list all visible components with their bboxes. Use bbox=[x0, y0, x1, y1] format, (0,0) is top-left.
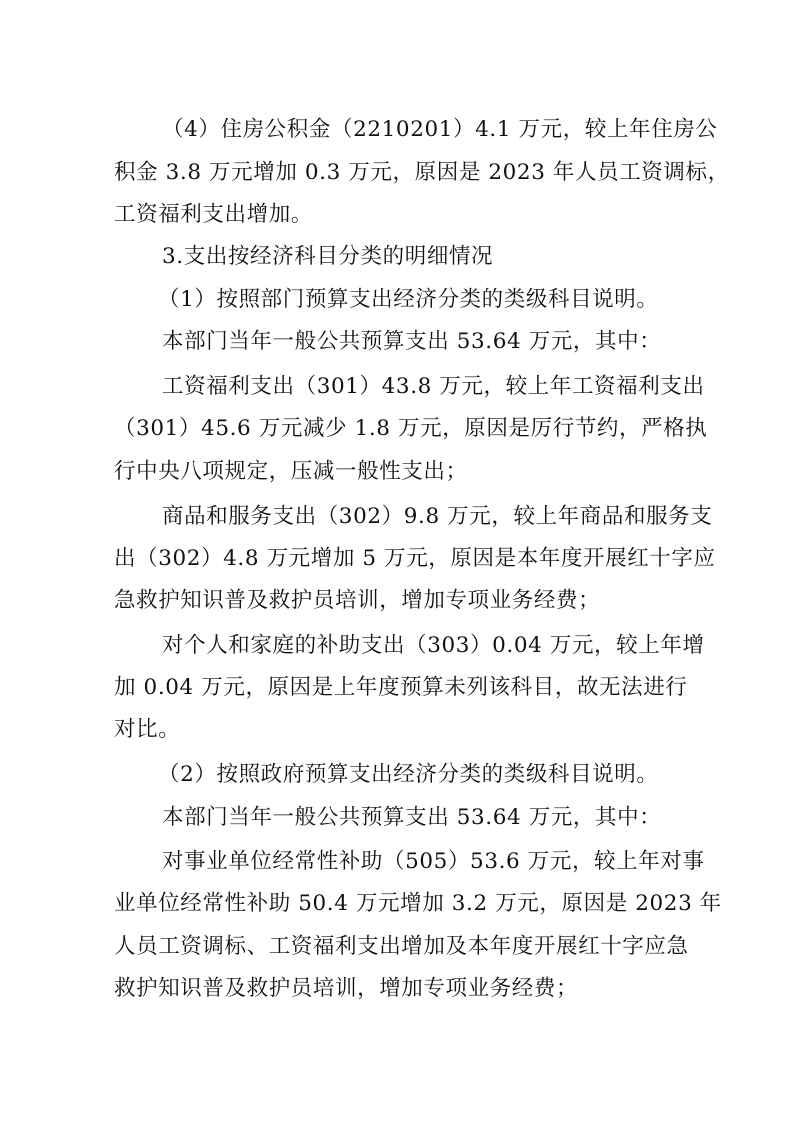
paragraph-wages-line-3: 行中央八项规定，压减一般性支出； bbox=[114, 458, 684, 486]
paragraph-housing-fund-line-2: 积金 3.8 万元增加 0.3 万元，原因是 2023 年人员工资调标， bbox=[114, 159, 684, 187]
paragraph-household-subsidy-line-1: 对个人和家庭的补助支出（303）0.04 万元，较上年增 bbox=[162, 632, 684, 660]
paragraph-wages-line-2: （301）45.6 万元减少 1.8 万元，原因是厉行节约，严格执 bbox=[114, 415, 684, 443]
dept-budget-total-1: 本部门当年一般公共预算支出 53.64 万元，其中： bbox=[162, 328, 684, 356]
subsection-heading-2: （2）按照政府预算支出经济分类的类级科目说明。 bbox=[158, 761, 728, 789]
paragraph-goods-services-line-1: 商品和服务支出（302）9.8 万元，较上年商品和服务支 bbox=[162, 503, 684, 531]
paragraph-housing-fund-line-3: 工资福利支出增加。 bbox=[114, 201, 684, 229]
dept-budget-total-2: 本部门当年一般公共预算支出 53.64 万元，其中： bbox=[162, 804, 684, 832]
paragraph-household-subsidy-line-2: 加 0.04 万元，原因是上年度预算未列该科目，故无法进行 bbox=[114, 674, 684, 702]
paragraph-institution-subsidy-line-2: 业单位经常性补助 50.4 万元增加 3.2 万元，原因是 2023 年 bbox=[114, 890, 684, 918]
paragraph-household-subsidy-line-3: 对比。 bbox=[114, 716, 684, 744]
subsection-heading-1: （1）按照部门预算支出经济分类的类级科目说明。 bbox=[158, 286, 728, 314]
paragraph-institution-subsidy-line-3: 人员工资调标、工资福利支出增加及本年度开展红十字应急 bbox=[114, 933, 684, 961]
document-page: （4）住房公积金（2210201）4.1 万元，较上年住房公 积金 3.8 万元… bbox=[0, 0, 793, 1122]
section-heading-3: 3.支出按经济科目分类的明细情况 bbox=[162, 243, 684, 271]
paragraph-institution-subsidy-line-4: 救护知识普及救护员培训，增加专项业务经费； bbox=[114, 975, 684, 1003]
paragraph-housing-fund-line-1: （4）住房公积金（2210201）4.1 万元，较上年住房公 bbox=[162, 116, 684, 144]
paragraph-goods-services-line-3: 急救护知识普及救护员培训，增加专项业务经费； bbox=[114, 587, 684, 615]
paragraph-wages-line-1: 工资福利支出（301）43.8 万元，较上年工资福利支出 bbox=[162, 373, 684, 401]
paragraph-goods-services-line-2: 出（302）4.8 万元增加 5 万元，原因是本年度开展红十字应 bbox=[114, 545, 684, 573]
paragraph-institution-subsidy-line-1: 对事业单位经常性补助（505）53.6 万元，较上年对事 bbox=[162, 848, 684, 876]
